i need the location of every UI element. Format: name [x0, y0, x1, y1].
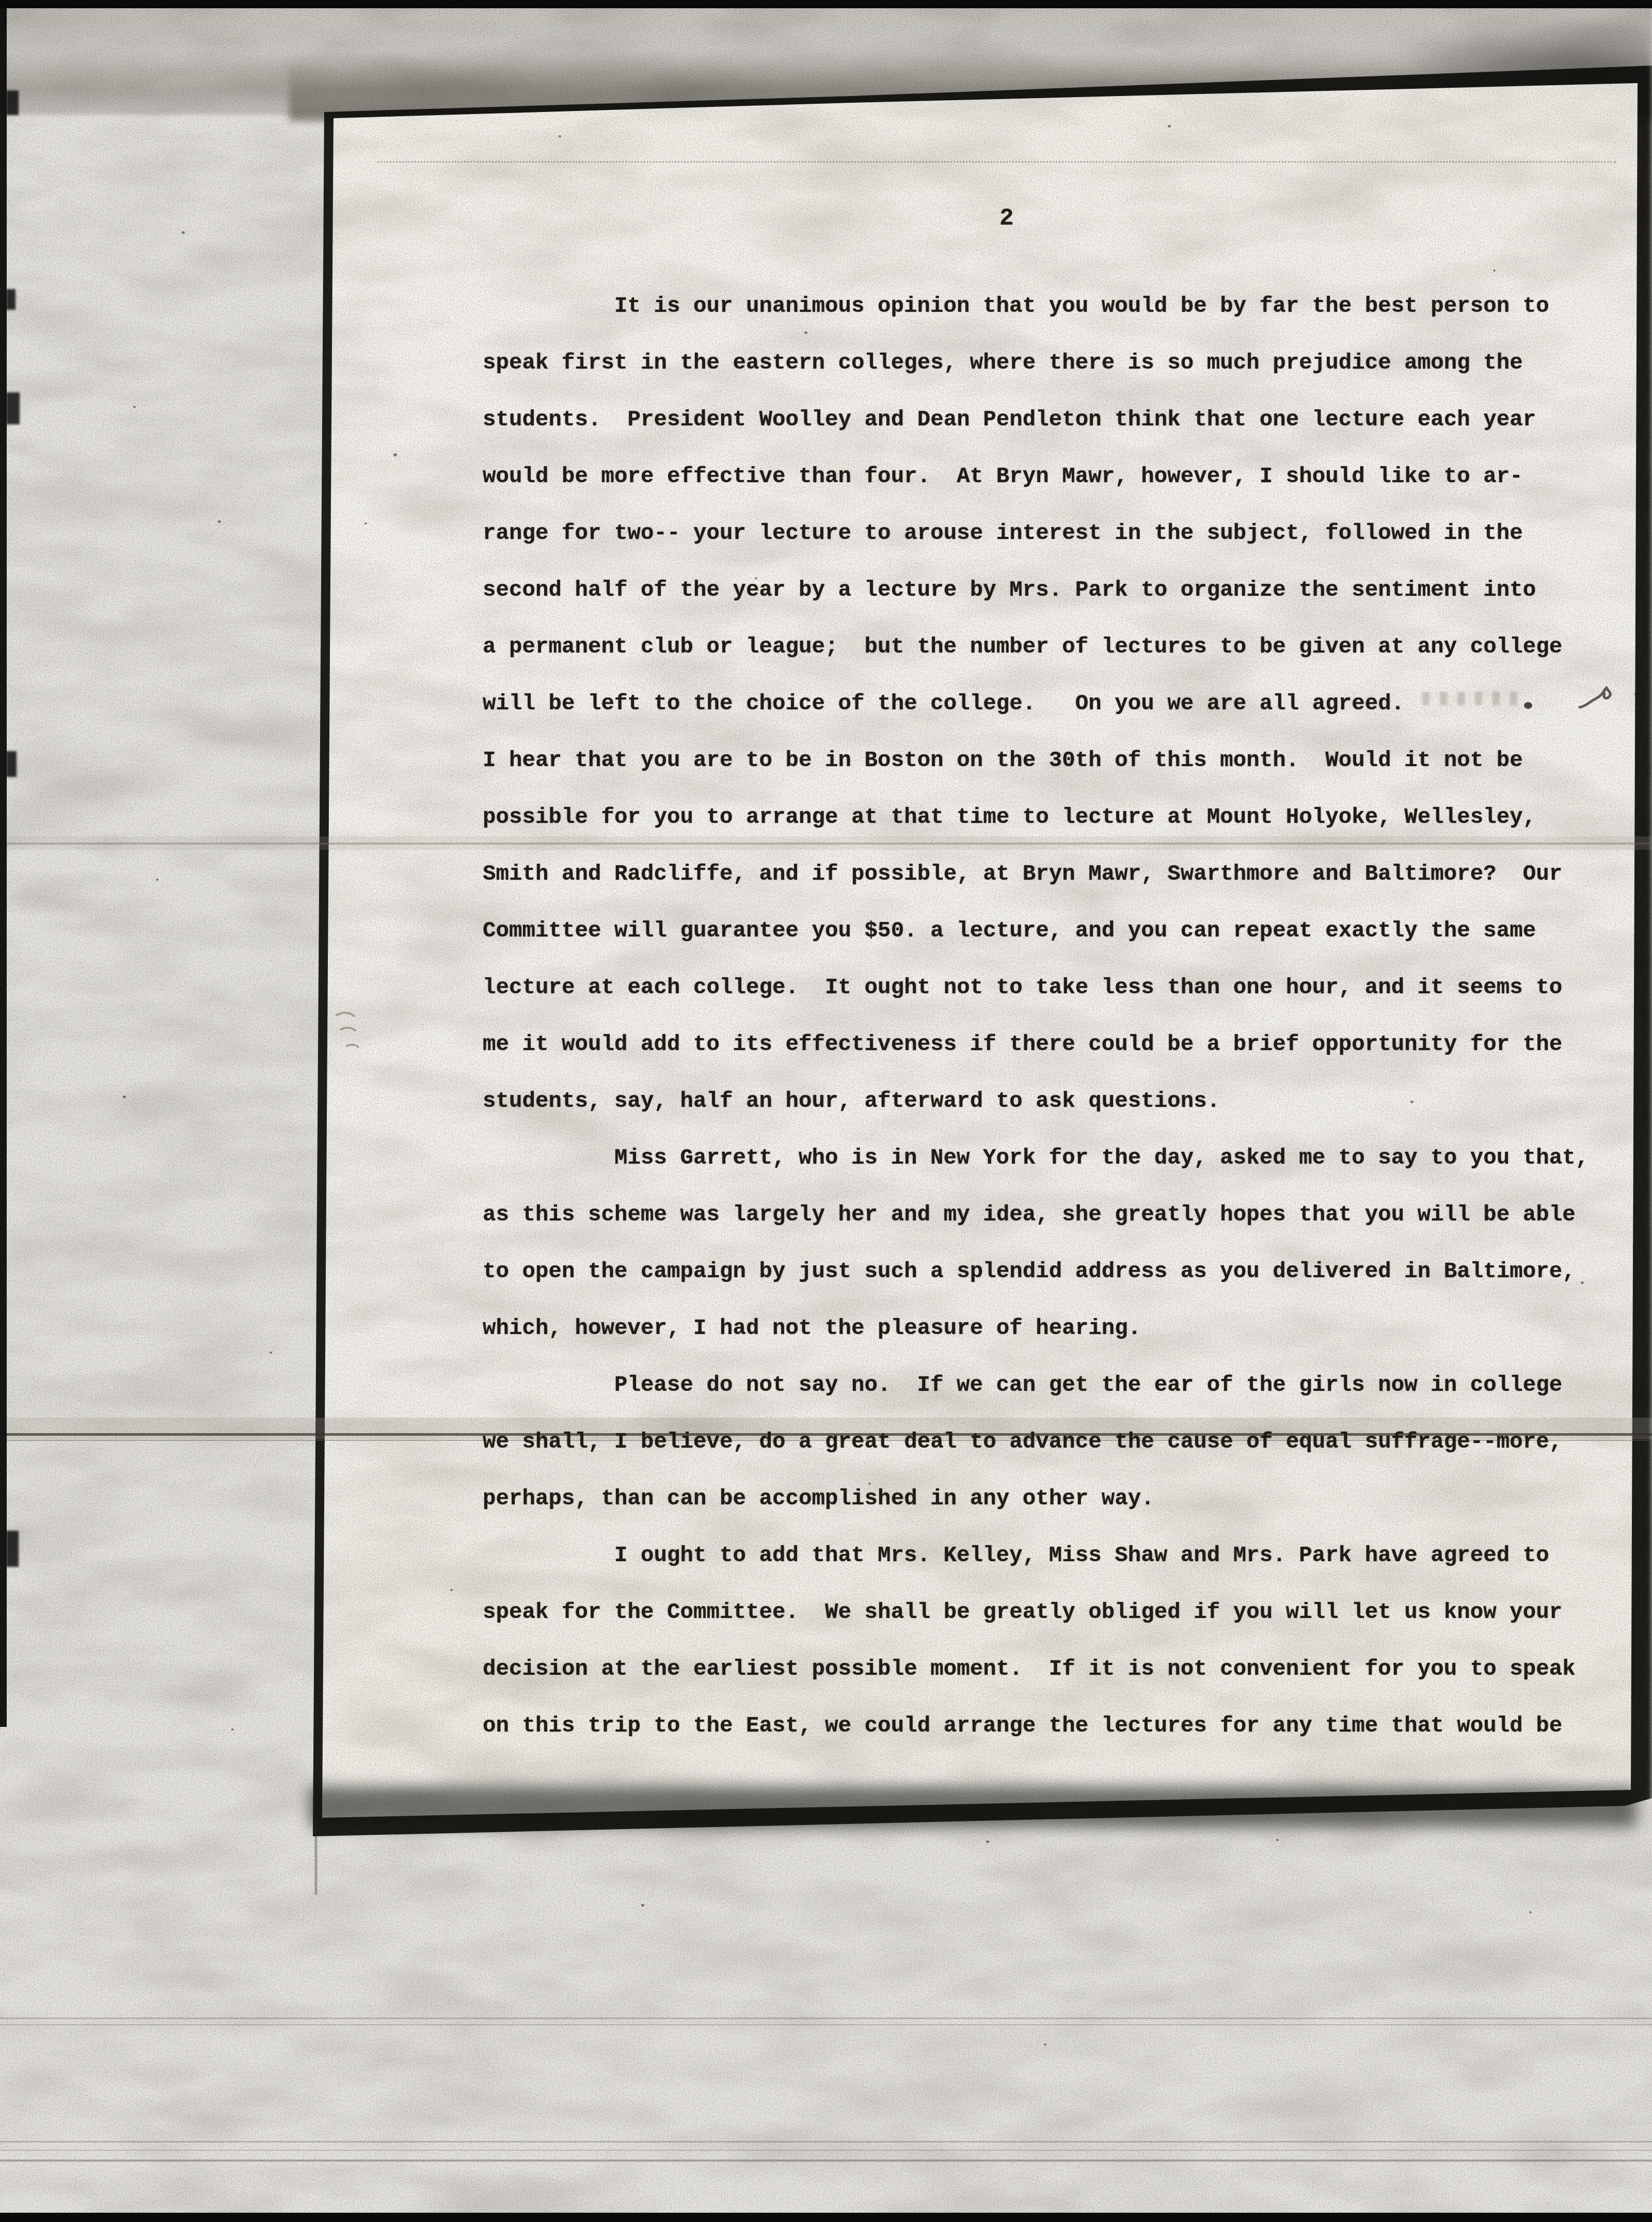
scan-line-artifact	[0, 2141, 1652, 2142]
dust-speck	[1529, 1911, 1532, 1913]
scan-line-artifact	[0, 2024, 1652, 2025]
dust-speck	[1410, 1101, 1413, 1103]
film-edge-left	[0, 0, 7, 1727]
letter-line-21: we shall, I believe, do a great deal to …	[483, 1429, 1562, 1455]
dust-speck	[1044, 2043, 1046, 2045]
letter-line-14: me it would add to its effectiveness if …	[483, 1031, 1562, 1057]
letter-line-18: to open the campaign by just such a sple…	[483, 1259, 1576, 1284]
letter-line-16: Miss Garrett, who is in New York for the…	[614, 1145, 1589, 1171]
letter-line-22: perhaps, than can be accomplished in any…	[483, 1486, 1154, 1512]
scan-line-artifact	[0, 2150, 1652, 2151]
letter-line-26: on this trip to the East, we could arran…	[483, 1713, 1562, 1739]
letter-line-9: I hear that you are to be in Boston on t…	[483, 748, 1523, 773]
scanned-letter-page: 2 It is our unanimous opinion that you w…	[0, 0, 1652, 2222]
ink-dot	[1524, 702, 1532, 709]
letter-line-11: Smith and Radcliffe, and if possible, at…	[483, 861, 1562, 887]
scan-line-artifact	[0, 2018, 1652, 2019]
film-edge-bottom	[0, 2213, 1652, 2222]
dust-speck	[269, 1352, 272, 1354]
dust-speck	[755, 577, 757, 579]
dust-speck	[133, 406, 136, 408]
letter-line-10: possible for you to arrange at that time…	[483, 804, 1536, 830]
film-edge-mark	[6, 751, 17, 777]
letter-line-24: speak for the Committee. We shall be gre…	[483, 1599, 1562, 1625]
dust-speck	[364, 522, 367, 525]
dust-speck	[559, 135, 561, 137]
dust-speck	[393, 453, 397, 456]
letter-line-6: second half of the year by a lecture by …	[483, 577, 1536, 603]
film-edge-mark	[6, 90, 19, 115]
film-edge-mark	[6, 1531, 19, 1567]
dust-speck	[1168, 125, 1171, 128]
dust-speck	[804, 331, 807, 334]
letter-line-19: which, however, I had not the pleasure o…	[483, 1315, 1141, 1341]
dust-speck	[641, 1904, 644, 1907]
letter-line-17: as this scheme was largely her and my id…	[483, 1202, 1576, 1228]
margin-squiggle-mark	[1578, 680, 1619, 713]
dotted-scan-artifact	[377, 161, 1616, 163]
letter-line-25: decision at the earliest possible moment…	[483, 1656, 1576, 1682]
letter-line-12: Committee will guarantee you $50. a lect…	[483, 918, 1536, 944]
film-edge-mark	[6, 392, 20, 424]
dust-speck	[1276, 1839, 1279, 1841]
dust-speck	[218, 520, 221, 523]
dust-speck	[123, 1096, 126, 1098]
paper-bottom-shadow	[310, 1786, 1637, 1828]
letter-line-20: Please do not say no. If we can get the …	[614, 1372, 1562, 1398]
letter-line-3: students. President Woolley and Dean Pen…	[483, 407, 1536, 433]
paper-edge-trace	[315, 1817, 317, 1895]
dust-speck	[986, 1840, 989, 1843]
letter-line-4: would be more effective than four. At Br…	[483, 464, 1523, 489]
film-edge-mark	[6, 289, 15, 310]
letter-line-13: lecture at each college. It ought not to…	[483, 975, 1562, 1001]
letter-line-2: speak first in the eastern colleges, whe…	[483, 350, 1523, 376]
ink-smudge	[1422, 692, 1523, 705]
letter-line-15: students, say, half an hour, afterward t…	[483, 1088, 1220, 1114]
letter-line-1: It is our unanimous opinion that you wou…	[614, 293, 1549, 319]
letter-line-5: range for two-- your lecture to arouse i…	[483, 520, 1523, 546]
page-number: 2	[999, 205, 1014, 231]
letter-line-7: a permanent club or league; but the numb…	[483, 634, 1562, 660]
dust-speck	[156, 879, 158, 881]
letter-line-23: I ought to add that Mrs. Kelley, Miss Sh…	[614, 1543, 1549, 1568]
letter-line-8: will be left to the choice of the colleg…	[483, 691, 1404, 717]
dust-speck	[1493, 269, 1496, 272]
dust-speck	[868, 1483, 871, 1485]
scan-line-artifact	[0, 843, 1652, 845]
dust-speck	[450, 1589, 453, 1591]
dust-speck	[1634, 693, 1638, 695]
dust-speck	[1581, 1281, 1584, 1284]
scan-line-artifact	[0, 2160, 1652, 2162]
dust-speck	[182, 231, 185, 234]
film-edge-top	[0, 0, 1652, 8]
left-margin-curl-mark	[331, 1006, 373, 1062]
dust-speck	[231, 1728, 234, 1731]
